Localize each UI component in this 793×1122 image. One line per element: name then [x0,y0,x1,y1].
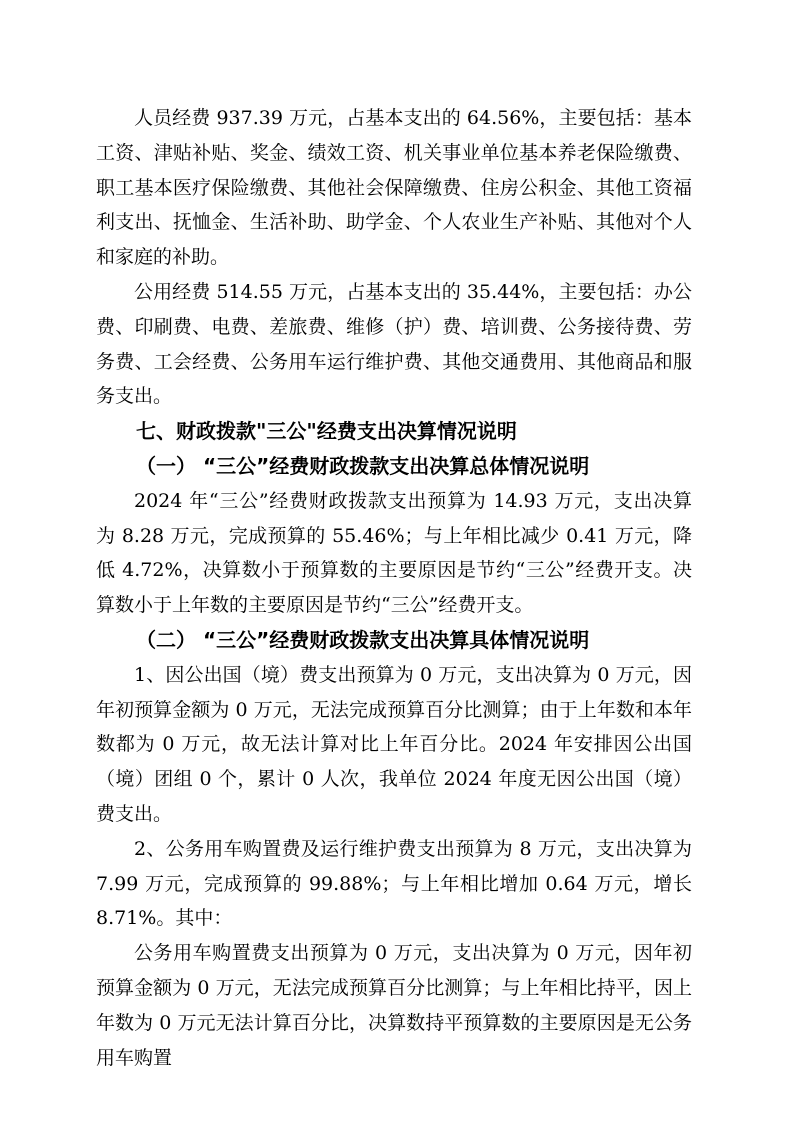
paragraph-public-expense: 公用经费 514.55 万元，占基本支出的 35.44%，主要包括：办公费、印刷… [96,275,692,414]
paragraph-overseas-travel-expense: 1、因公出国（境）费支出预算为 0 万元，支出决算为 0 万元，因年初预算金额为… [96,658,692,832]
paragraph-vehicle-purchase-expense: 公务用车购置费支出预算为 0 万元，支出决算为 0 万元，因年初预算金额为 0 … [96,936,692,1075]
document-page: 人员经费 937.39 万元，占基本支出的 64.56%，主要包括：基本工资、津… [0,0,793,1122]
page-content: 人员经费 937.39 万元，占基本支出的 64.56%，主要包括：基本工资、津… [96,101,692,1075]
section-heading-seven-three-public: 七、财政拨款"三公"经费支出决算情况说明 [96,414,692,449]
paragraph-three-public-overall: 2024 年“三公”经费财政拨款支出预算为 14.93 万元，支出决算为 8.2… [96,484,692,623]
subsection-heading-two-specific: （二） “三公”经费财政拨款支出决算具体情况说明 [96,623,692,658]
paragraph-personnel-expense: 人员经费 937.39 万元，占基本支出的 64.56%，主要包括：基本工资、津… [96,101,692,275]
subsection-heading-one-overall: （一） “三公”经费财政拨款支出决算总体情况说明 [96,449,692,484]
paragraph-vehicle-total-expense: 2、公务用车购置费及运行维护费支出预算为 8 万元，支出决算为 7.99 万元，… [96,832,692,936]
